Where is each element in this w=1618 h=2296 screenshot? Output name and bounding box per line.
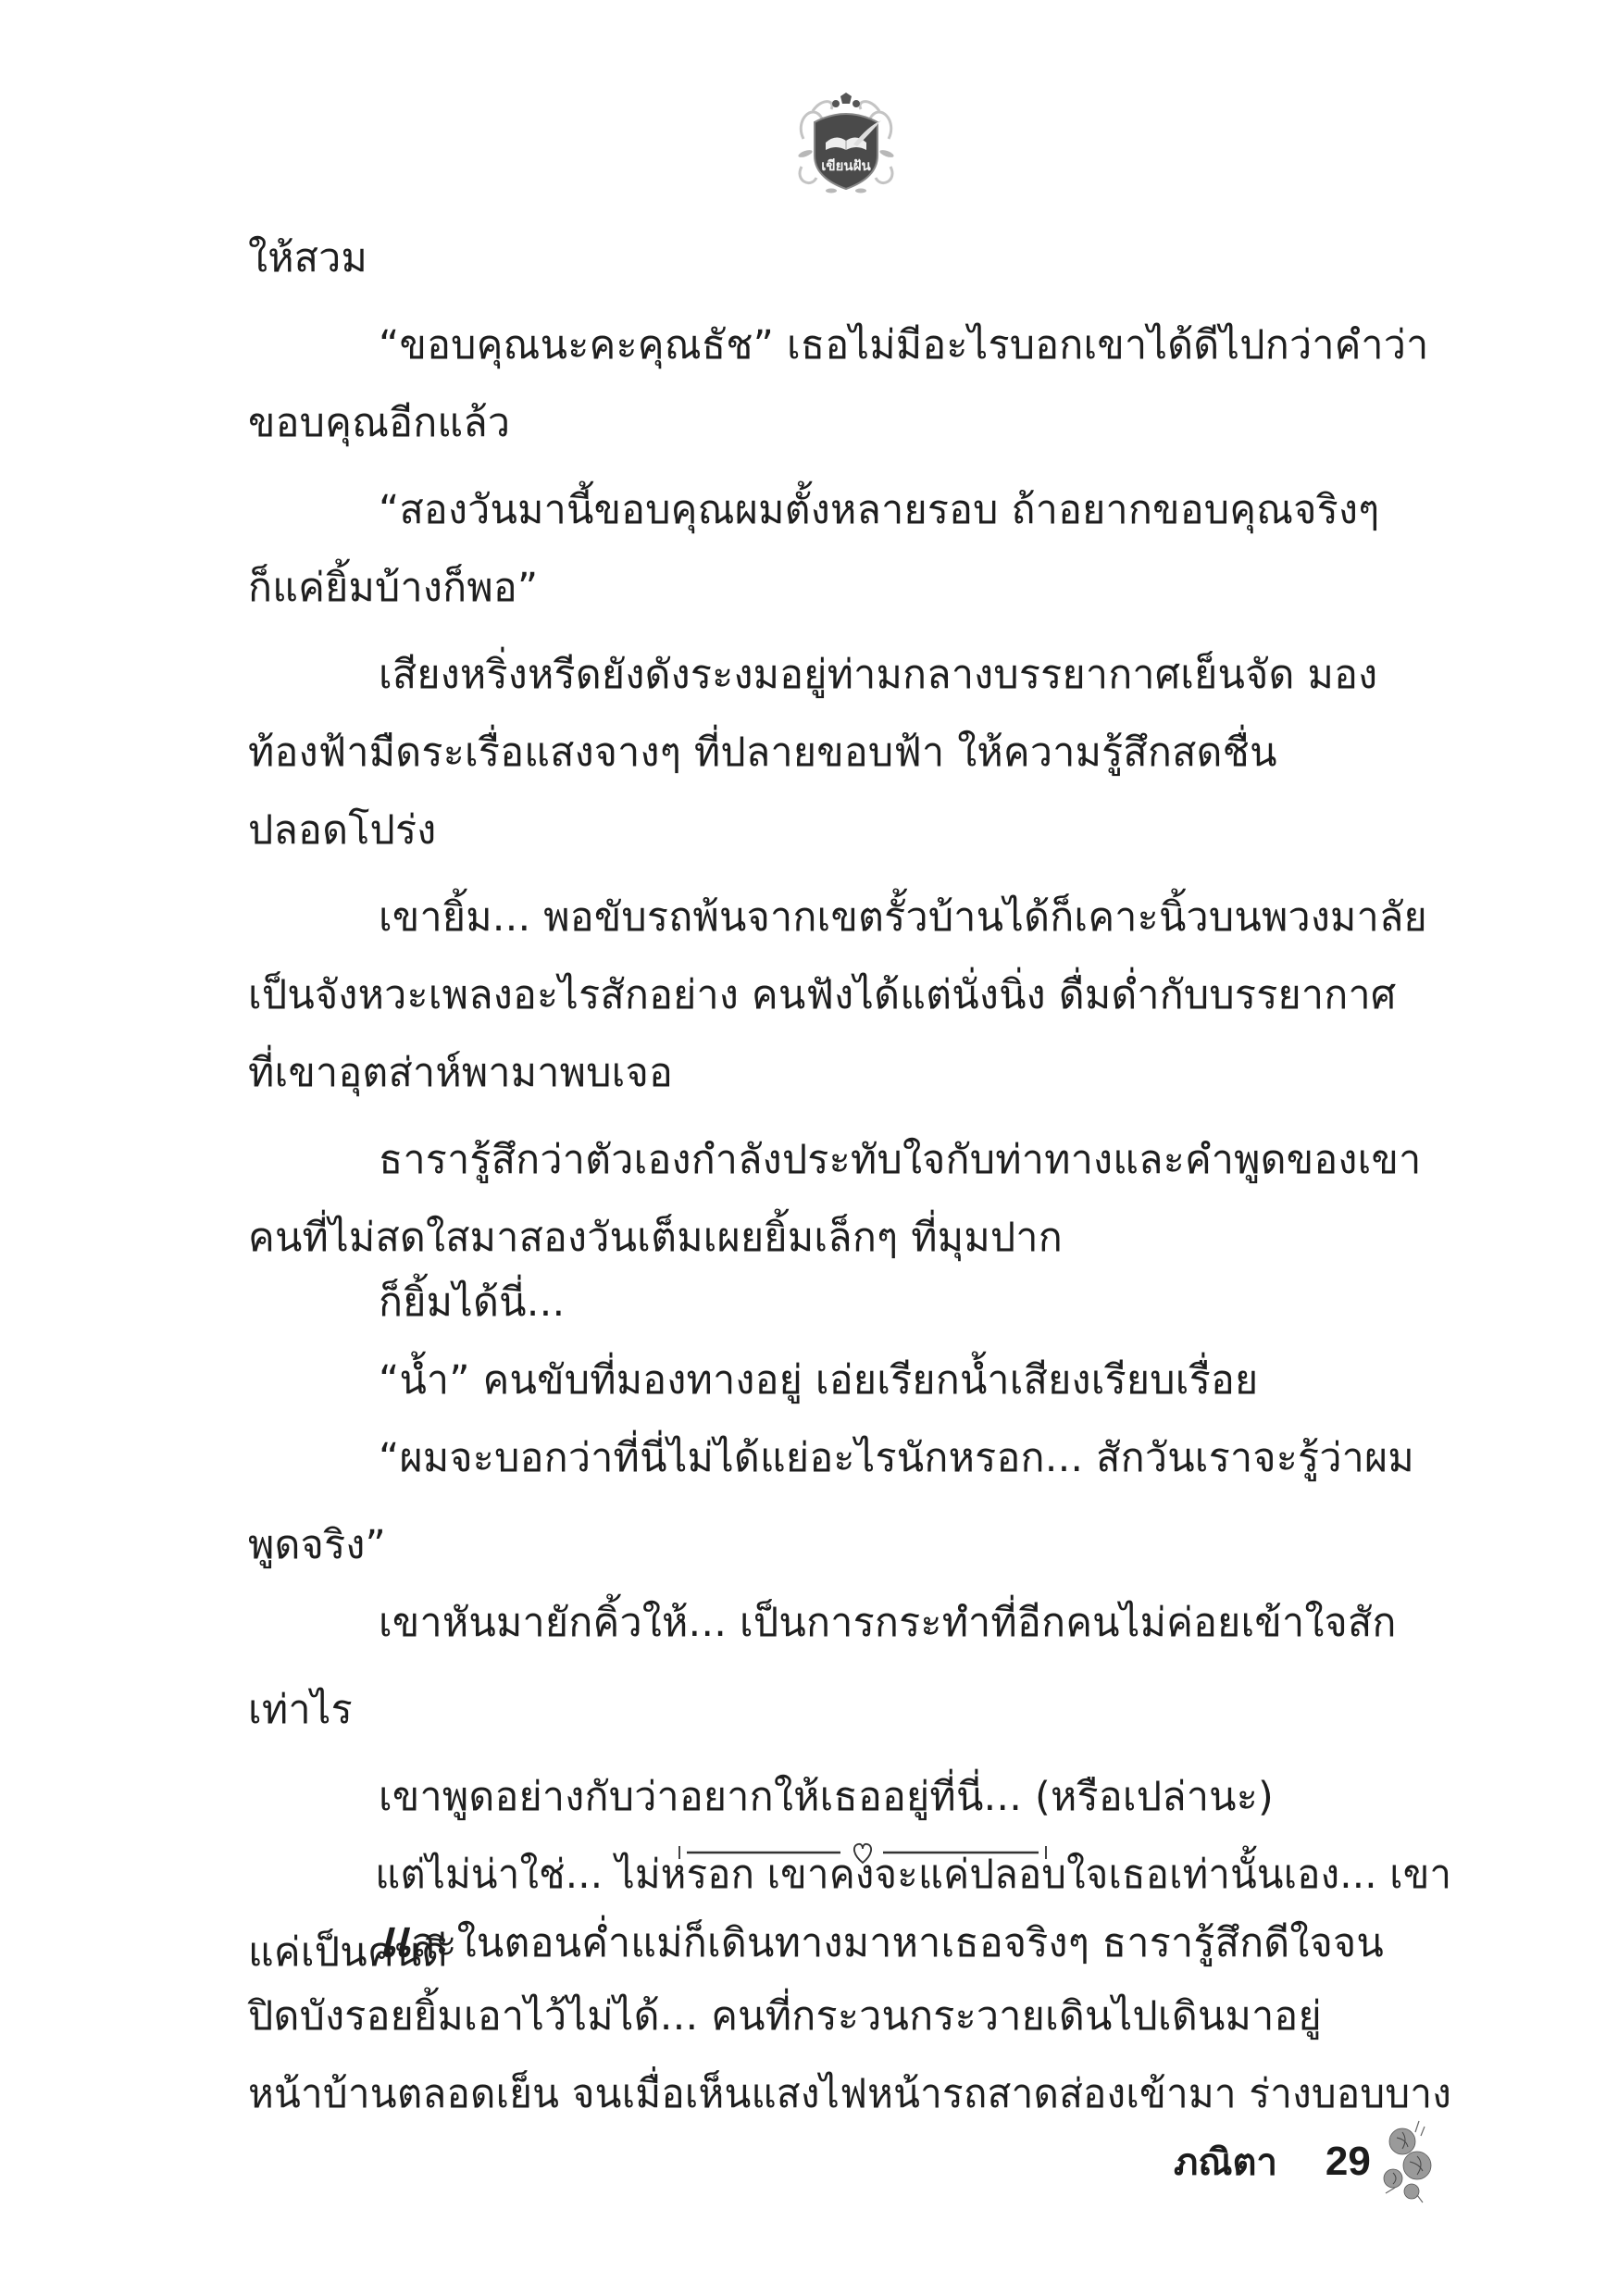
book-page: เขียนฝัน ให้สวม “ขอบคุณนะคะคุณธัช” เธอไม… xyxy=(0,0,1618,2296)
text-line: ก็แค่ยิ้มบ้างก็พอ” xyxy=(248,555,1451,620)
flower-bouquet-icon xyxy=(1378,2117,1438,2206)
book-quill-crest-icon: เขียนฝัน xyxy=(794,93,898,194)
page-number: 29 xyxy=(1326,2139,1371,2185)
text-line: เขาพูดอย่างกับว่าอยากให้เธออยู่ที่นี่...… xyxy=(248,1765,1451,1829)
text-line: ปิดบังรอยยิ้มเอาไว้ไม่ได้... คนที่กระวนก… xyxy=(248,1978,1451,2055)
text-line: ให้สวม xyxy=(248,226,1451,291)
text-line: ธารารู้สึกว่าตัวเองกำลังประทับใจกับท่าทา… xyxy=(248,1128,1451,1192)
text-line: เท่าไร xyxy=(248,1678,1451,1742)
text-line: ที่เขาอุตส่าห์พามาพบเจอ xyxy=(248,1041,1451,1105)
header-logo: เขียนฝัน xyxy=(794,93,898,194)
text-line: ก็ยิ้มได้นี่... xyxy=(248,1270,1451,1335)
text-line: ขอบคุณอีกแล้ว xyxy=(248,391,1451,455)
logo-text: เขียนฝัน xyxy=(821,157,871,174)
text-line: และในตอนค่ำแม่ก็เดินทางมาหาเธอจริงๆ ธารา… xyxy=(248,1900,1451,1978)
text-line: ปลอดโปร่ง xyxy=(248,798,1451,863)
text-line: “ผมจะบอกว่าที่นี่ไม่ได้แย่อะไรนักหรอก...… xyxy=(248,1426,1451,1491)
text-line: คนที่ไม่สดใสมาสองวันเต็มเผยยิ้มเล็กๆ ที่… xyxy=(248,1205,1451,1270)
section-divider xyxy=(678,1839,1048,1866)
text-line: “น้ำ” คนขับที่มองทางอยู่ เอ่ยเรียกน้ำเสี… xyxy=(248,1348,1451,1413)
text-line-content: ละในตอนค่ำแม่ก็เดินทางมาหาเธอจริงๆ ธาราร… xyxy=(411,1920,1384,1966)
book-title: ภณิตา xyxy=(1174,2132,1277,2191)
text-line: เขาหันมายักคิ้วให้... เป็นการกระทำที่อีก… xyxy=(248,1591,1451,1655)
text-line: เป็นจังหวะเพลงอะไรสักอย่าง คนฟังได้แต่นั… xyxy=(248,963,1451,1028)
text-line: เขายิ้ม... พอขับรถพ้นจากเขตรั้วบ้านได้ก็… xyxy=(248,885,1451,950)
heart-ornament-icon xyxy=(854,1844,871,1863)
drop-cap: แ xyxy=(379,1909,405,1968)
text-line: “สองวันมานี้ขอบคุณผมตั้งหลายรอบ ถ้าอยากข… xyxy=(248,478,1451,543)
text-line: “ขอบคุณนะคะคุณธัช” เธอไม่มีอะไรบอกเขาได้… xyxy=(248,313,1451,378)
section-2-text: และในตอนค่ำแม่ก็เดินทางมาหาเธอจริงๆ ธารา… xyxy=(248,1900,1451,2133)
text-line: ท้องฟ้ามืดระเรื่อแสงจางๆ ที่ปลายขอบฟ้า ใ… xyxy=(248,720,1451,785)
body-text: ให้สวม “ขอบคุณนะคะคุณธัช” เธอไม่มีอะไรบอ… xyxy=(248,226,1451,1985)
text-line: เสียงหริ่งหรีดยังดังระงมอยู่ท่ามกลางบรรย… xyxy=(248,643,1451,707)
text-line: พูดจริง” xyxy=(248,1513,1451,1578)
page-footer: ภณิตา 29 xyxy=(1174,2120,1438,2203)
